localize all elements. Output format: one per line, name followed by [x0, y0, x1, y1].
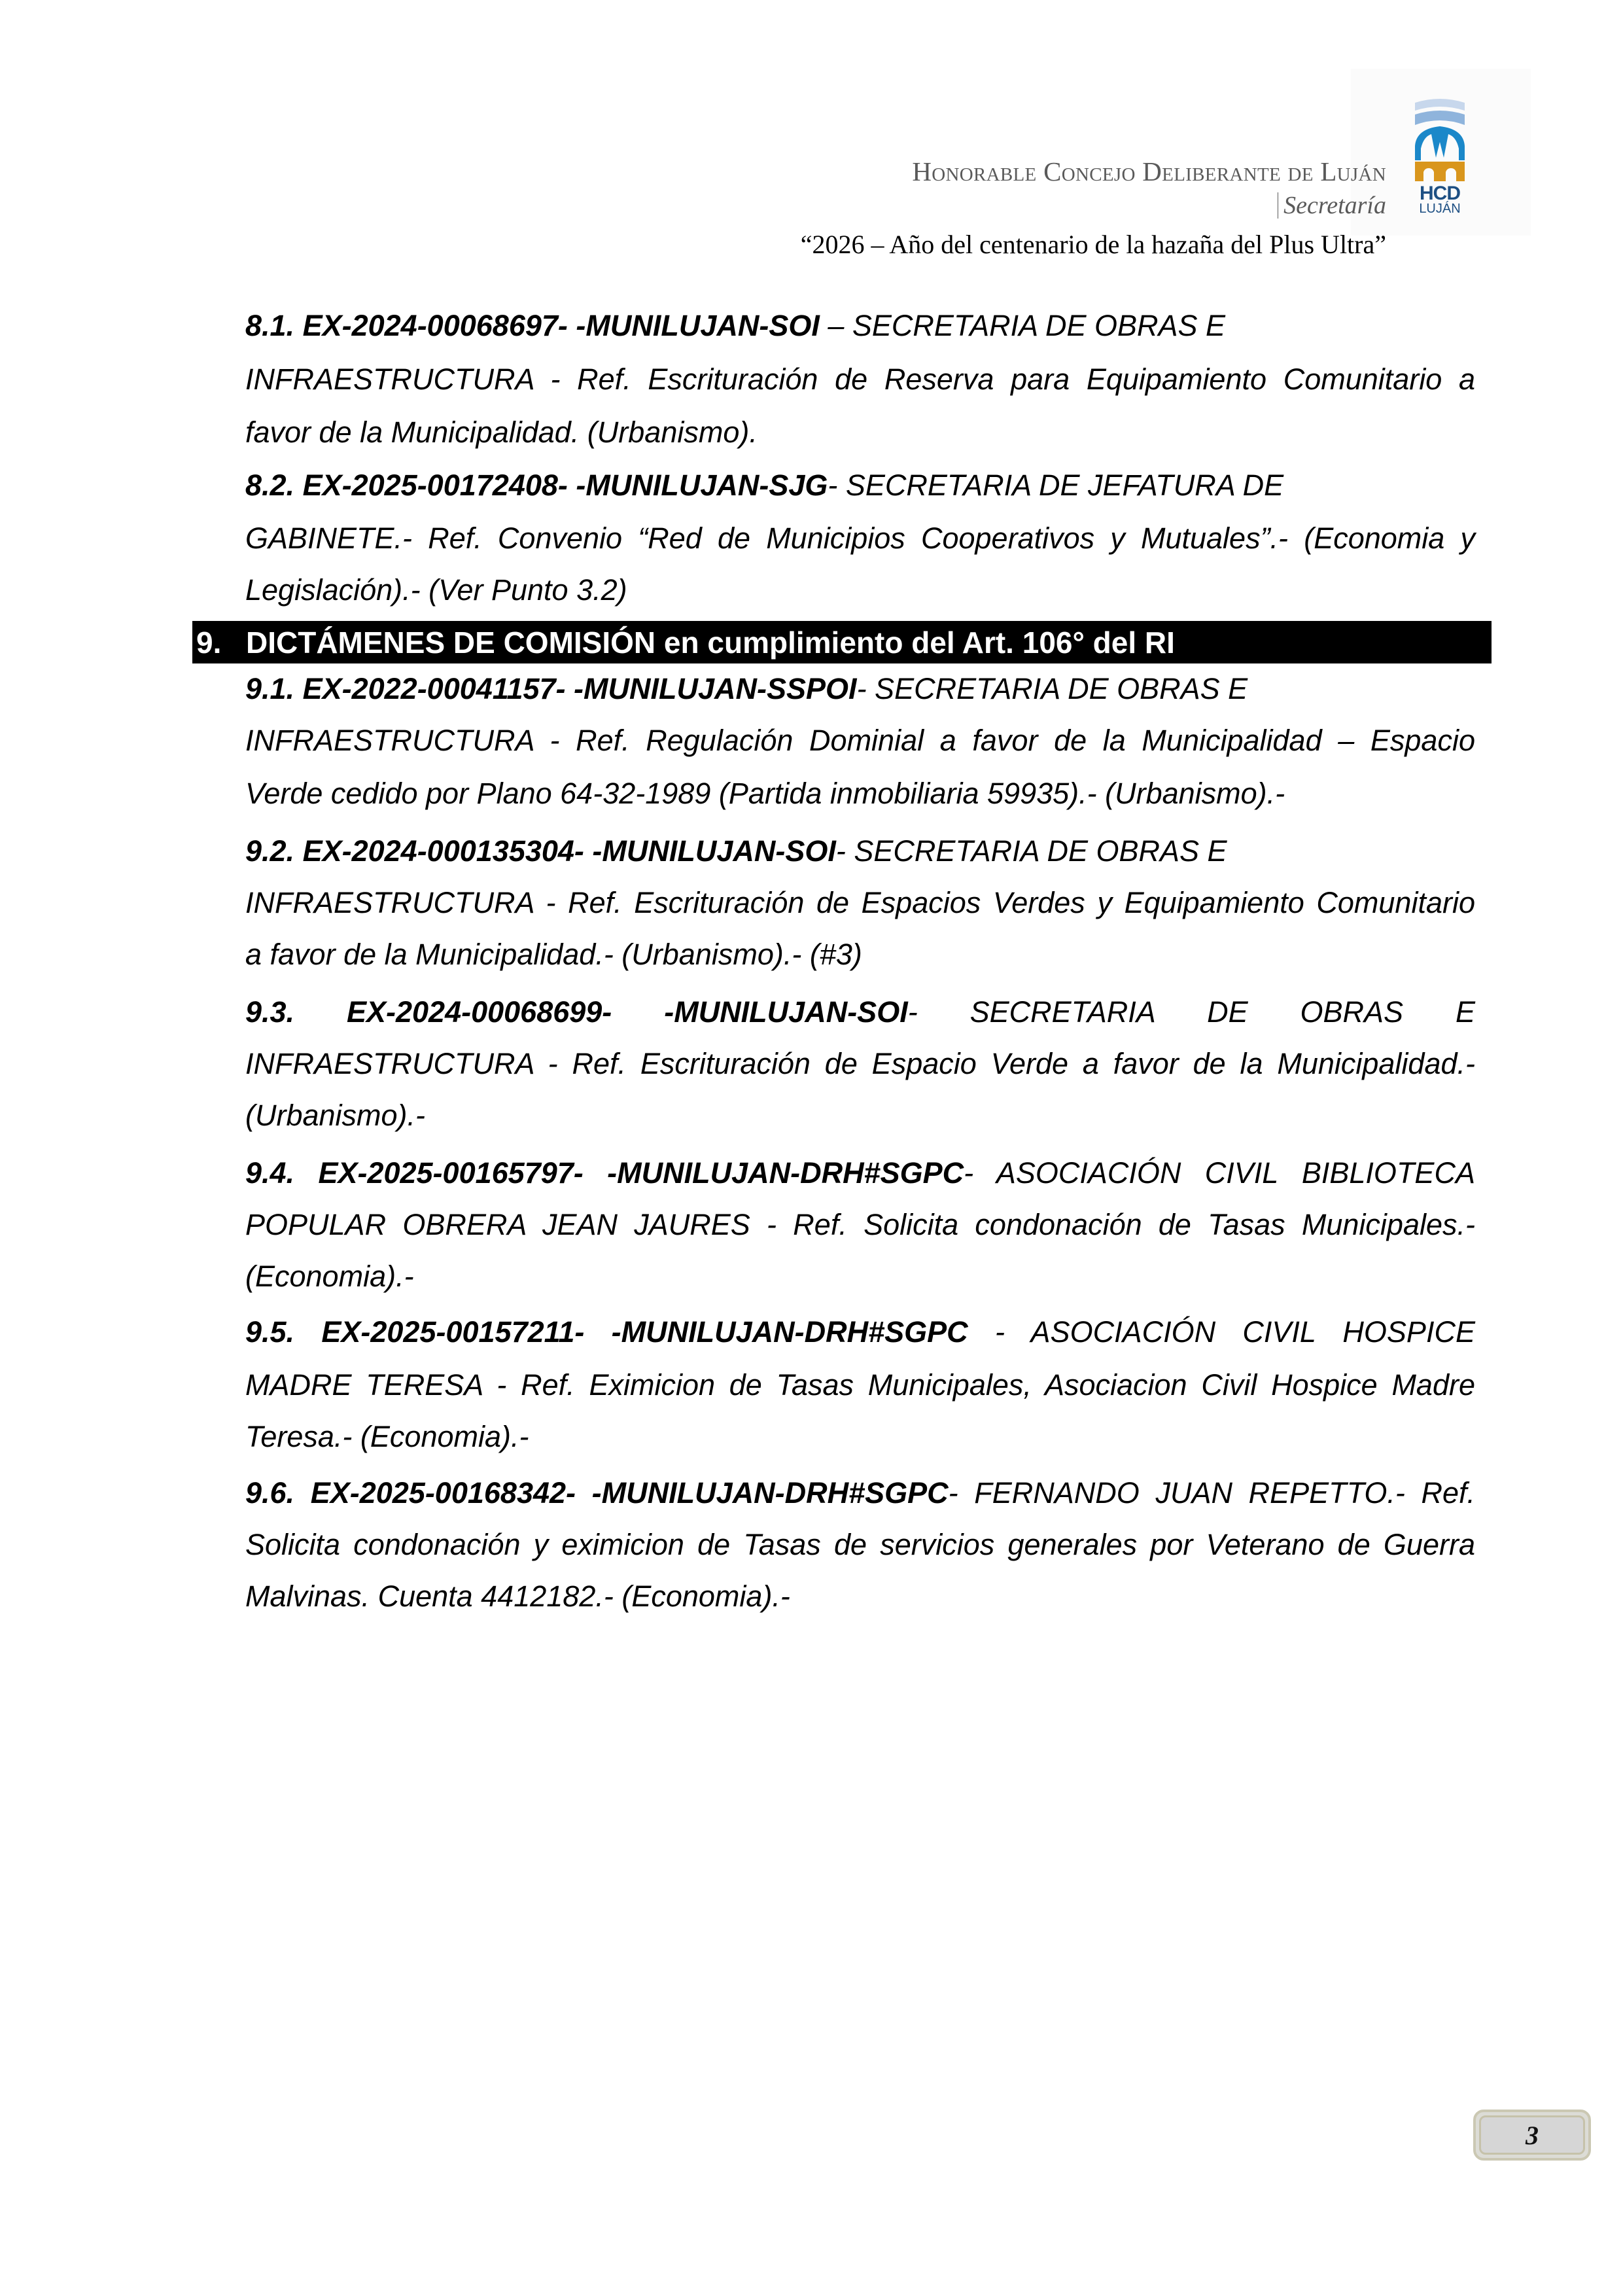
- list-item-9-1-line: Verde cedido por Plano 64-32-1989 (Parti…: [245, 775, 1475, 812]
- list-item-8-1: 8.1. EX-2024-00068697- -MUNILUJAN-SOI – …: [245, 308, 1475, 344]
- list-item-9-3-line: (Urbanismo).-: [245, 1097, 1475, 1134]
- list-item-9-3-line: INFRAESTRUCTURA - Ref. Escrituración de …: [245, 1046, 1475, 1082]
- list-item-9-5-line: MADRE TERESA - Ref. Eximicion de Tasas M…: [245, 1367, 1475, 1404]
- item-code: EX-2025-00172408- -MUNILUJAN-SJG: [303, 468, 828, 502]
- list-item-8-2-line: Legislación).- (Ver Punto 3.2): [245, 572, 1475, 609]
- list-item-8-1-line: INFRAESTRUCTURA - Ref. Escrituración de …: [245, 361, 1475, 398]
- list-item-8-2-line: GABINETE.- Ref. Convenio “Red de Municip…: [245, 520, 1475, 557]
- svg-text:LUJÁN: LUJÁN: [1419, 201, 1460, 214]
- item-code-suffix: -MUNILUJAN-DRH#SGPC: [607, 1156, 964, 1190]
- list-item-9-3: 9.3. EX-2024-00068699- -MUNILUJAN-SOI- S…: [245, 994, 1475, 1031]
- list-item-9-5-line: Teresa.- (Economia).-: [245, 1419, 1475, 1455]
- list-item-8-2: 8.2. EX-2025-00172408- -MUNILUJAN-SJG- S…: [245, 467, 1475, 504]
- item-number: 8.1.: [245, 309, 294, 342]
- list-item-9-1: 9.1. EX-2022-00041157- -MUNILUJAN-SSPOI-…: [245, 671, 1475, 707]
- list-item-9-1-line: INFRAESTRUCTURA - Ref. Regulación Domini…: [245, 722, 1475, 759]
- item-code: EX-2024-00068699-: [347, 995, 612, 1029]
- item-code: EX-2024-00068697- -MUNILUJAN-SOI: [303, 309, 820, 342]
- item-code-suffix: -MUNILUJAN-SOI: [664, 995, 907, 1029]
- institution-name: Honorable Concejo Deliberante de Luján: [912, 156, 1386, 187]
- item-number: 8.2.: [245, 468, 294, 502]
- page-number-box: 3: [1473, 2110, 1591, 2161]
- list-item-9-6-line: Solicita condonación y eximicion de Tasa…: [245, 1527, 1475, 1563]
- list-item-9-4-line: POPULAR OBRERA JEAN JAURES - Ref. Solici…: [245, 1207, 1475, 1243]
- section-title-rest: en cumplimiento del Art. 106° del RI: [655, 626, 1175, 660]
- list-item-9-4-line: (Economia).-: [245, 1258, 1475, 1295]
- item-number: 9.3.: [245, 995, 294, 1029]
- list-item-9-2-line: a favor de la Municipalidad.- (Urbanismo…: [245, 936, 1475, 973]
- item-code: EX-2025-00165797-: [318, 1156, 583, 1190]
- item-number: 9.4.: [245, 1156, 294, 1190]
- item-number: 9.1.: [245, 672, 294, 705]
- item-number: 9.2.: [245, 834, 294, 868]
- list-item-9-2: 9.2. EX-2024-000135304- -MUNILUJAN-SOI- …: [245, 833, 1475, 870]
- section-heading: 9.DICTÁMENES DE COMISIÓN en cumplimiento…: [196, 623, 1175, 662]
- divider: [1278, 192, 1278, 219]
- item-code: EX-2024-000135304- -MUNILUJAN-SOI: [303, 834, 836, 868]
- item-number: 9.6.: [245, 1476, 294, 1510]
- item-code: EX-2025-00168342-: [311, 1476, 576, 1510]
- year-motto: “2026 – Año del centenario de la hazaña …: [801, 229, 1386, 260]
- item-number: 9.5.: [245, 1315, 294, 1349]
- page-number: 3: [1526, 2120, 1539, 2151]
- department-name: Secretaría: [1278, 191, 1386, 220]
- item-code: EX-2025-00157211-: [321, 1315, 584, 1349]
- page-number-inner: 3: [1479, 2115, 1585, 2155]
- list-item-9-2-line: INFRAESTRUCTURA - Ref. Escrituración de …: [245, 885, 1475, 921]
- item-code: EX-2022-00041157- -MUNILUJAN-SSPOI: [303, 672, 857, 705]
- section-number: 9.: [196, 623, 246, 662]
- document-page: HCD LUJÁN Honorable Concejo Deliberante …: [0, 0, 1623, 2296]
- list-item-9-5: 9.5. EX-2025-00157211- -MUNILUJAN-DRH#SG…: [245, 1314, 1475, 1351]
- item-code-suffix: -MUNILUJAN-DRH#SGPC: [612, 1315, 968, 1349]
- list-item-9-6: 9.6. EX-2025-00168342- -MUNILUJAN-DRH#SG…: [245, 1475, 1475, 1511]
- department-label: Secretaría: [1283, 192, 1386, 219]
- list-item-9-4: 9.4. EX-2025-00165797- -MUNILUJAN-DRH#SG…: [245, 1155, 1475, 1192]
- list-item-9-6-line: Malvinas. Cuenta 4412182.- (Economia).-: [245, 1578, 1475, 1615]
- item-code-suffix: -MUNILUJAN-DRH#SGPC: [592, 1476, 949, 1510]
- section-title-bold: DICTÁMENES DE COMISIÓN: [246, 626, 655, 660]
- hcd-lujan-logo-icon: HCD LUJÁN: [1413, 95, 1467, 214]
- list-item-8-1-line: favor de la Municipalidad. (Urbanismo).: [245, 414, 1475, 451]
